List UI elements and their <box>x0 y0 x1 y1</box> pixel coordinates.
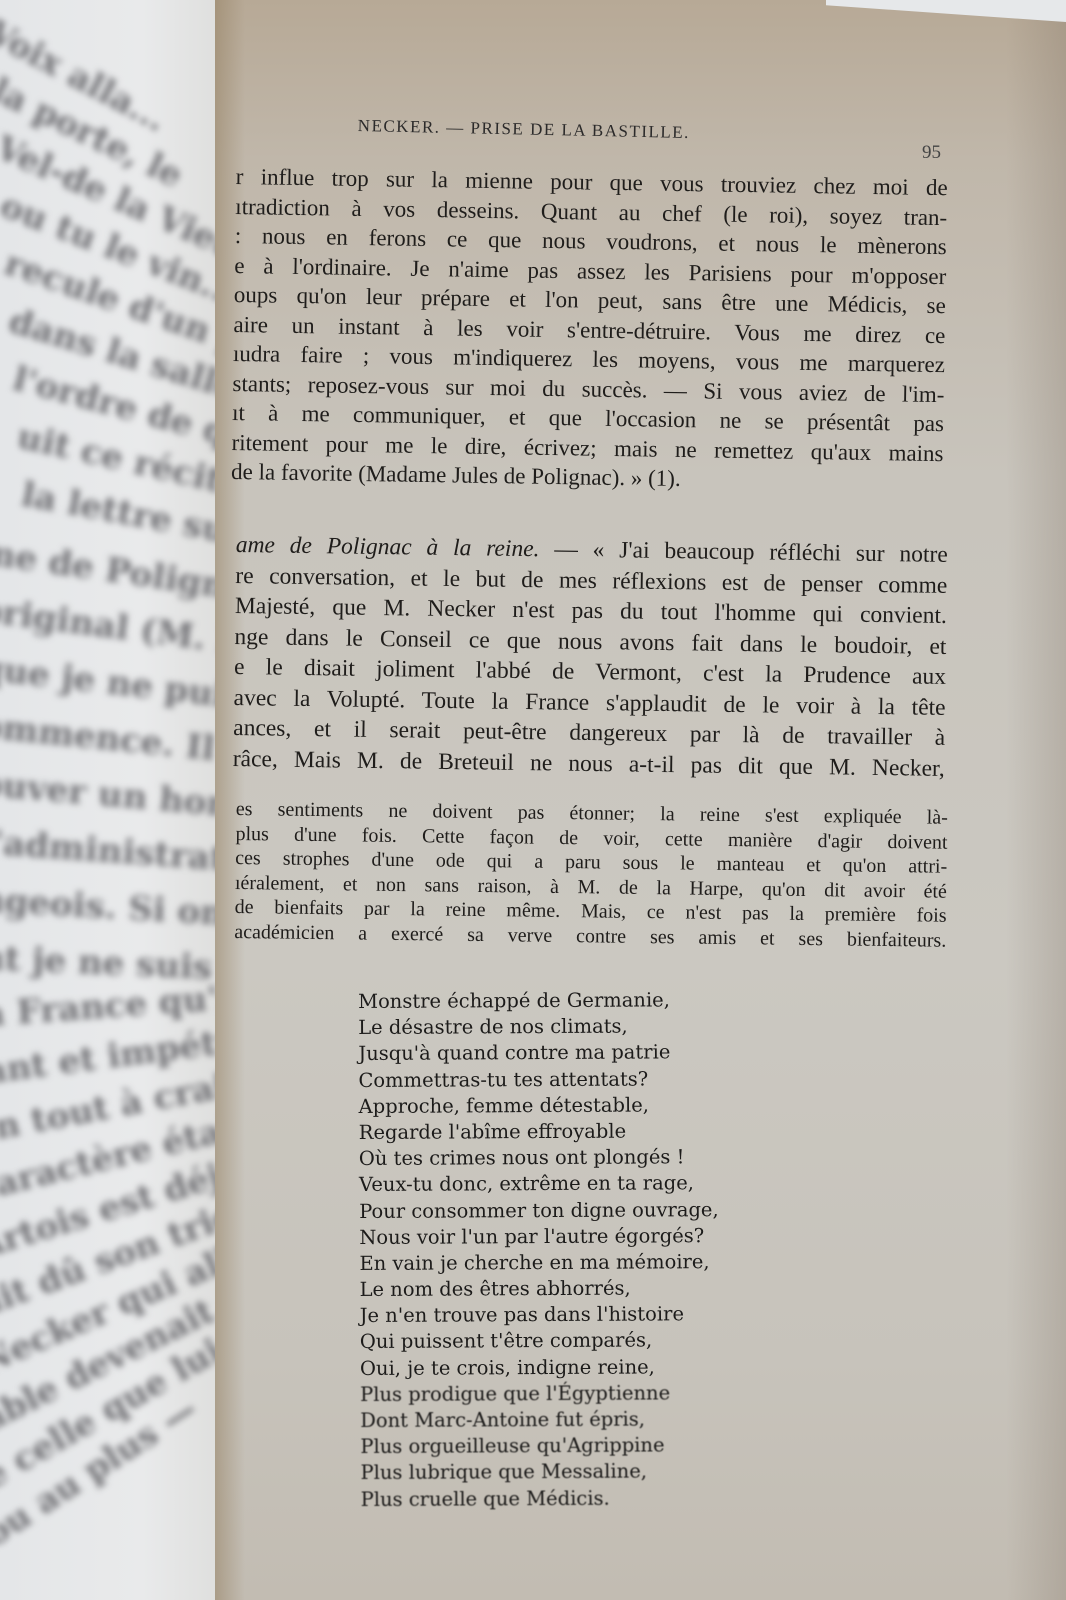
poem-verse: Oui, je te crois, indigne reine, <box>360 1354 720 1382</box>
poem-verse: Où tes crimes nous ont plongés ! <box>359 1144 719 1172</box>
poem-verse: Nous voir l'un par l'autre égorgés? <box>359 1223 719 1251</box>
letter-end-paragraph: r influe trop sur la mienne pour que vou… <box>231 162 948 498</box>
poem-verse: Plus prodigue que l'Égyptienne <box>360 1380 720 1408</box>
poem-verse: Monstre échappé de Germanie, <box>358 987 718 1015</box>
poem-verse: Plus lubrique que Messaline, <box>360 1458 720 1486</box>
blurred-text-line: ouver un homme q <box>0 764 240 834</box>
blurred-text-line: l'administration n <box>0 822 240 886</box>
poem-verse: Veux-tu donc, extrême en ta rage, <box>359 1170 719 1198</box>
polignac-letter-paragraph: ame de Polignac à la reine. — « J'ai bea… <box>233 530 948 784</box>
poem-verse: Qui puissent t'être comparés, <box>360 1328 720 1356</box>
poem-verse: Commettras-tu tes attentats? <box>358 1066 718 1094</box>
poem-verse: Plus cruelle que Médicis. <box>361 1485 721 1513</box>
poem-verse: Je n'en trouve pas dans l'histoire <box>360 1301 720 1329</box>
poem-verse: Le nom des êtres abhorrés, <box>360 1275 720 1303</box>
poem-verse: Le désastre de nos climats, <box>358 1013 718 1041</box>
letter-opening: — « J'ai beaucoup réfléchi sur notre <box>539 536 948 568</box>
blurred-text-line: ngeois. Si on ne p <box>0 880 240 939</box>
poem-verse: En vain je cherche en ma mémoire, <box>359 1249 719 1277</box>
poem-verse: Pour consommer ton digne ouvrage, <box>359 1197 719 1225</box>
poem-verse: Regarde l'abîme effroyable <box>359 1118 719 1146</box>
poem-verse: Jusqu'à quand contre ma patrie <box>358 1039 718 1067</box>
page-number: 95 <box>922 142 941 164</box>
poem-verse: Approche, femme détestable, <box>359 1092 719 1120</box>
ode-poem: Monstre échappé de Germanie, Le désastre… <box>358 987 720 1513</box>
poem-verse: Dont Marc-Antoine fut épris, <box>360 1406 720 1434</box>
poem-verse: Plus orgueilleuse qu'Agrippine <box>360 1432 720 1460</box>
letter-heading: ame de Polignac à la reine. <box>236 532 540 562</box>
left-page-blurred: Voix alla...la porte, leVel-de la Vieux.… <box>0 0 240 1600</box>
commentary-paragraph: es sentiments ne doivent pas étonner; la… <box>234 797 948 953</box>
